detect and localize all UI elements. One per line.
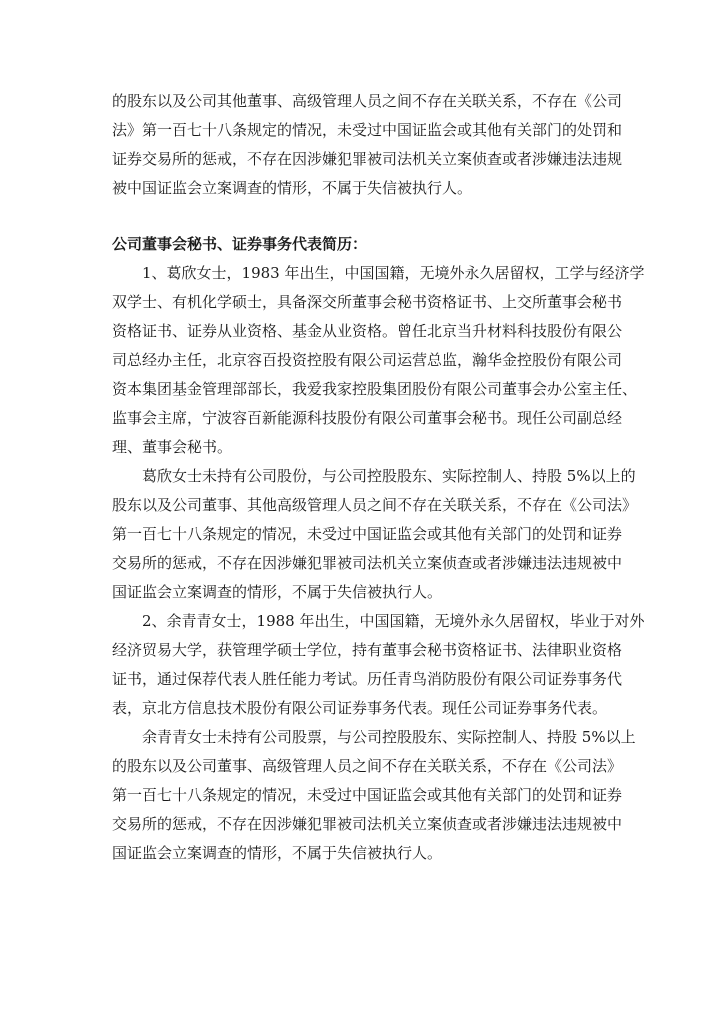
text-line: 余青青女士未持有公司股票，与公司控股股东、实际控制人、持股 5%以上 — [142, 726, 608, 748]
text-line: 的股东以及公司董事、高级管理人员之间不存在关联关系，不存在《公司法》 — [112, 755, 608, 777]
text-line: 国证监会立案调查的情形，不属于失信被执行人。 — [112, 581, 608, 603]
text-line: 交易所的惩戒，不存在因涉嫌犯罪被司法机关立案侦查或者涉嫌违法违规被中 — [112, 813, 608, 835]
text-line: 第一百七十八条规定的情况，未受过中国证监会或其他有关部门的处罚和证券 — [112, 784, 608, 806]
section-heading: 公司董事会秘书、证券事务代表简历： — [112, 233, 367, 255]
text-line: 资格证书、证券从业资格、基金从业资格。曾任北京当升材料科技股份有限公 — [112, 320, 608, 342]
text-line: 监事会主席，宁波容百新能源科技股份有限公司董事会秘书。现任公司副总经 — [112, 407, 608, 429]
text-line: 理、董事会秘书。 — [112, 436, 608, 458]
text-line: 法》第一百七十八条规定的情况，未受过中国证监会或其他有关部门的处罚和 — [112, 119, 608, 141]
text-line: 证书，通过保荐代表人胜任能力考试。历任青鸟消防股份有限公司证券事务代 — [112, 668, 608, 690]
text-line: 交易所的惩戒，不存在因涉嫌犯罪被司法机关立案侦查或者涉嫌违法违规被中 — [112, 552, 608, 574]
document-page: 的股东以及公司其他董事、高级管理人员之间不存在关联关系，不存在《公司 法》第一百… — [0, 0, 720, 1018]
text-line: 的股东以及公司其他董事、高级管理人员之间不存在关联关系，不存在《公司 — [112, 90, 608, 112]
text-line: 证券交易所的惩戒，不存在因涉嫌犯罪被司法机关立案侦查或者涉嫌违法违规 — [112, 148, 608, 170]
text-line: 经济贸易大学，获管理学硕士学位，持有董事会秘书资格证书、法律职业资格 — [112, 639, 608, 661]
text-line: 国证监会立案调查的情形，不属于失信被执行人。 — [112, 842, 608, 864]
text-line: 2、余青青女士，1988 年出生，中国国籍，无境外永久居留权，毕业于对外 — [142, 610, 608, 632]
text-line: 股东以及公司董事、其他高级管理人员之间不存在关联关系，不存在《公司法》 — [112, 494, 608, 516]
text-line: 资本集团基金管理部部长，我爱我家控股集团股份有限公司董事会办公室主任、 — [112, 378, 608, 400]
text-line: 葛欣女士未持有公司股份，与公司控股股东、实际控制人、持股 5%以上的 — [142, 465, 608, 487]
text-line: 双学士、有机化学硕士，具备深交所董事会秘书资格证书、上交所董事会秘书 — [112, 291, 608, 313]
text-line: 第一百七十八条规定的情况，未受过中国证监会或其他有关部门的处罚和证券 — [112, 523, 608, 545]
text-line: 1、葛欣女士，1983 年出生，中国国籍，无境外永久居留权，工学与经济学 — [142, 262, 608, 284]
text-line: 司总经办主任，北京容百投资控股有限公司运营总监，瀚华金控股份有限公司 — [112, 349, 608, 371]
text-line: 表，京北方信息技术股份有限公司证券事务代表。现任公司证券事务代表。 — [112, 697, 608, 719]
text-line: 被中国证监会立案调查的情形，不属于失信被执行人。 — [112, 177, 608, 199]
